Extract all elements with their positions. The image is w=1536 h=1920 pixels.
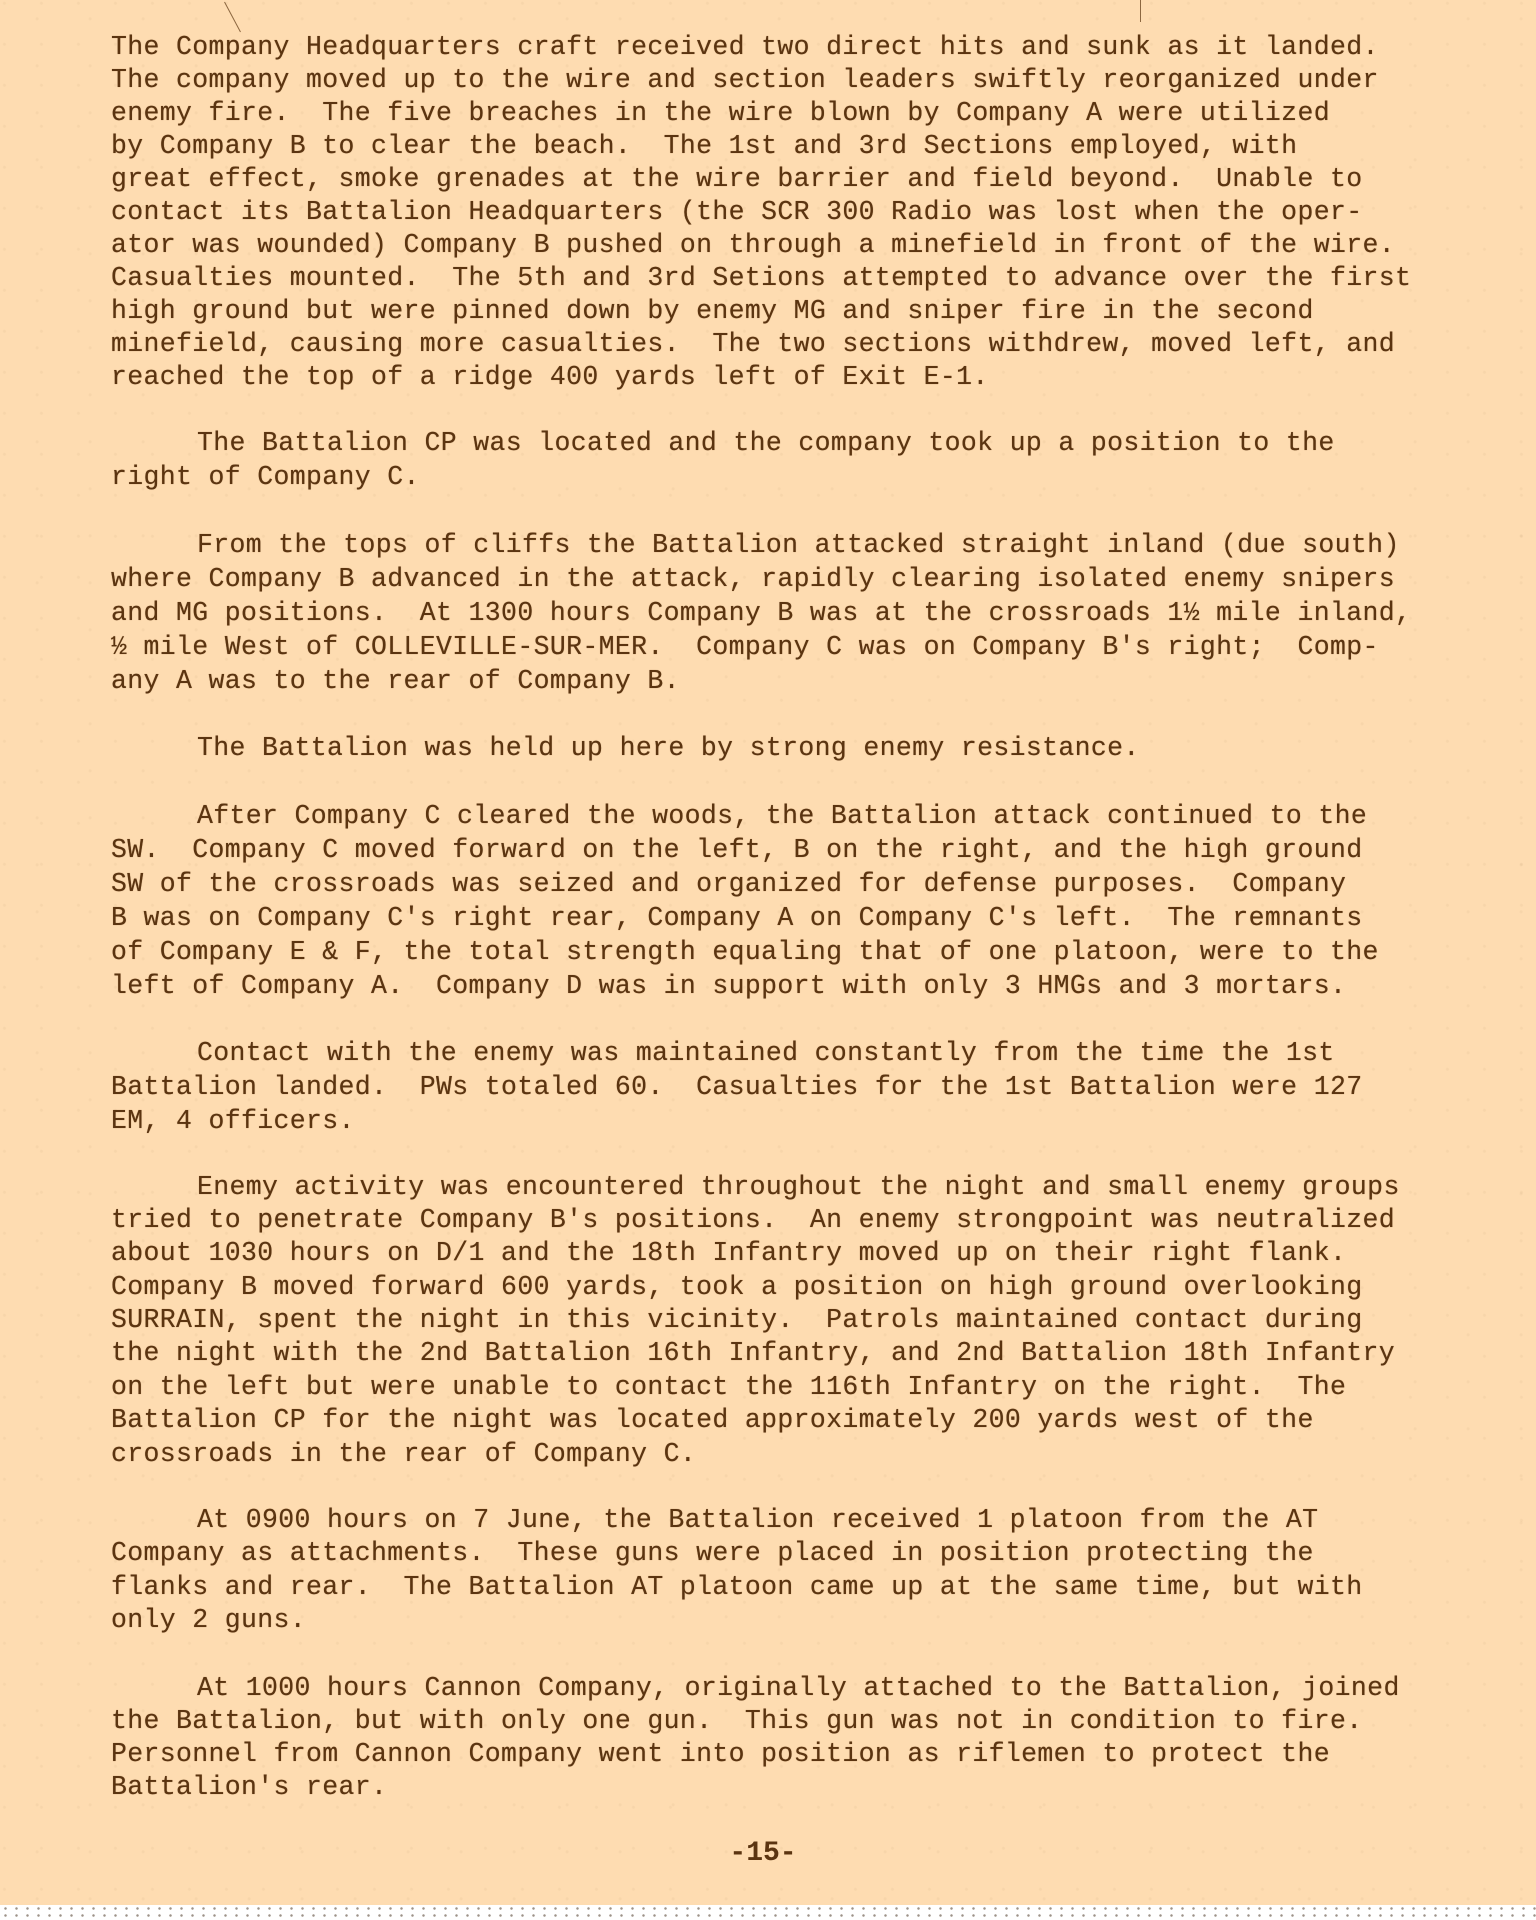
text-line: reached the top of a ridge 400 yards lef… bbox=[111, 362, 989, 392]
text-line: SURRAIN, spent the night in this vicinit… bbox=[111, 1305, 1362, 1335]
scan-margin-strip bbox=[0, 1905, 1536, 1920]
text-line: enemy fire. The five breaches in the wir… bbox=[111, 98, 1330, 128]
text-line: From the tops of cliffs the Battalion at… bbox=[197, 530, 1400, 560]
stray-pencil-mark bbox=[1140, 0, 1141, 22]
text-line: The Company Headquarters craft received … bbox=[111, 32, 1379, 62]
text-line: about 1030 hours on D/1 and the 18th Inf… bbox=[111, 1238, 1346, 1268]
page-number: -15- bbox=[713, 1838, 813, 1869]
text-line: where Company B advanced in the attack, … bbox=[111, 564, 1395, 594]
text-line: flanks and rear. The Battalion AT platoo… bbox=[111, 1572, 1362, 1602]
text-line: on the left but were unable to contact t… bbox=[111, 1372, 1346, 1402]
text-line: only 2 guns. bbox=[111, 1605, 306, 1635]
text-line: ator was wounded) Company B pushed on th… bbox=[111, 230, 1395, 260]
text-line: Company B moved forward 600 yards, took … bbox=[111, 1272, 1362, 1302]
text-line: Personnel from Cannon Company went into … bbox=[111, 1739, 1330, 1769]
text-line: right of Company C. bbox=[111, 462, 420, 492]
text-line: by Company B to clear the beach. The 1st… bbox=[111, 131, 1297, 161]
text-line: crossroads in the rear of Company C. bbox=[111, 1439, 696, 1469]
text-line: SW. Company C moved forward on the left,… bbox=[111, 835, 1362, 865]
text-line: Casualties mounted. The 5th and 3rd Seti… bbox=[111, 263, 1411, 293]
text-line: great effect, smoke grenades at the wire… bbox=[111, 164, 1362, 194]
text-line: The Battalion was held up here by strong… bbox=[197, 733, 1140, 763]
text-line: minefield, causing more casualties. The … bbox=[111, 329, 1395, 359]
text-line: Company as attachments. These guns were … bbox=[111, 1538, 1314, 1568]
text-line: Battalion CP for the night was located a… bbox=[111, 1405, 1314, 1435]
text-line: the Battalion, but with only one gun. Th… bbox=[111, 1706, 1362, 1736]
document-page: The Company Headquarters craft received … bbox=[0, 0, 1536, 1905]
text-line: tried to penetrate Company B's positions… bbox=[111, 1205, 1395, 1235]
text-line: Battalion landed. PWs totaled 60. Casual… bbox=[111, 1072, 1362, 1102]
text-line: contact its Battalion Headquarters (the … bbox=[111, 197, 1362, 227]
text-line: of Company E & F, the total strength equ… bbox=[111, 937, 1379, 967]
text-line: SW of the crossroads was seized and orga… bbox=[111, 869, 1346, 899]
stray-pencil-mark bbox=[224, 2, 241, 32]
text-line: The company moved up to the wire and sec… bbox=[111, 65, 1379, 95]
text-line: any A was to the rear of Company B. bbox=[111, 666, 680, 696]
text-line: the night with the 2nd Battalion 16th In… bbox=[111, 1338, 1395, 1368]
text-line: The Battalion CP was located and the com… bbox=[197, 428, 1335, 458]
text-line: Battalion's rear. bbox=[111, 1772, 387, 1802]
text-line: high ground but were pinned down by enem… bbox=[111, 296, 1314, 326]
text-line: After Company C cleared the woods, the B… bbox=[197, 801, 1367, 831]
text-line: Contact with the enemy was maintained co… bbox=[197, 1038, 1335, 1068]
text-line: and MG positions. At 1300 hours Company … bbox=[111, 598, 1411, 628]
text-line: At 0900 hours on 7 June, the Battalion r… bbox=[197, 1505, 1318, 1535]
text-line: B was on Company C's right rear, Company… bbox=[111, 903, 1362, 933]
text-line: EM, 4 officers. bbox=[111, 1106, 355, 1136]
text-line: Enemy activity was encountered throughou… bbox=[197, 1172, 1400, 1202]
text-line: ½ mile West of COLLEVILLE-SUR-MER. Compa… bbox=[111, 632, 1379, 662]
text-line: At 1000 hours Cannon Company, originally… bbox=[197, 1673, 1400, 1703]
text-line: left of Company A. Company D was in supp… bbox=[111, 971, 1346, 1001]
